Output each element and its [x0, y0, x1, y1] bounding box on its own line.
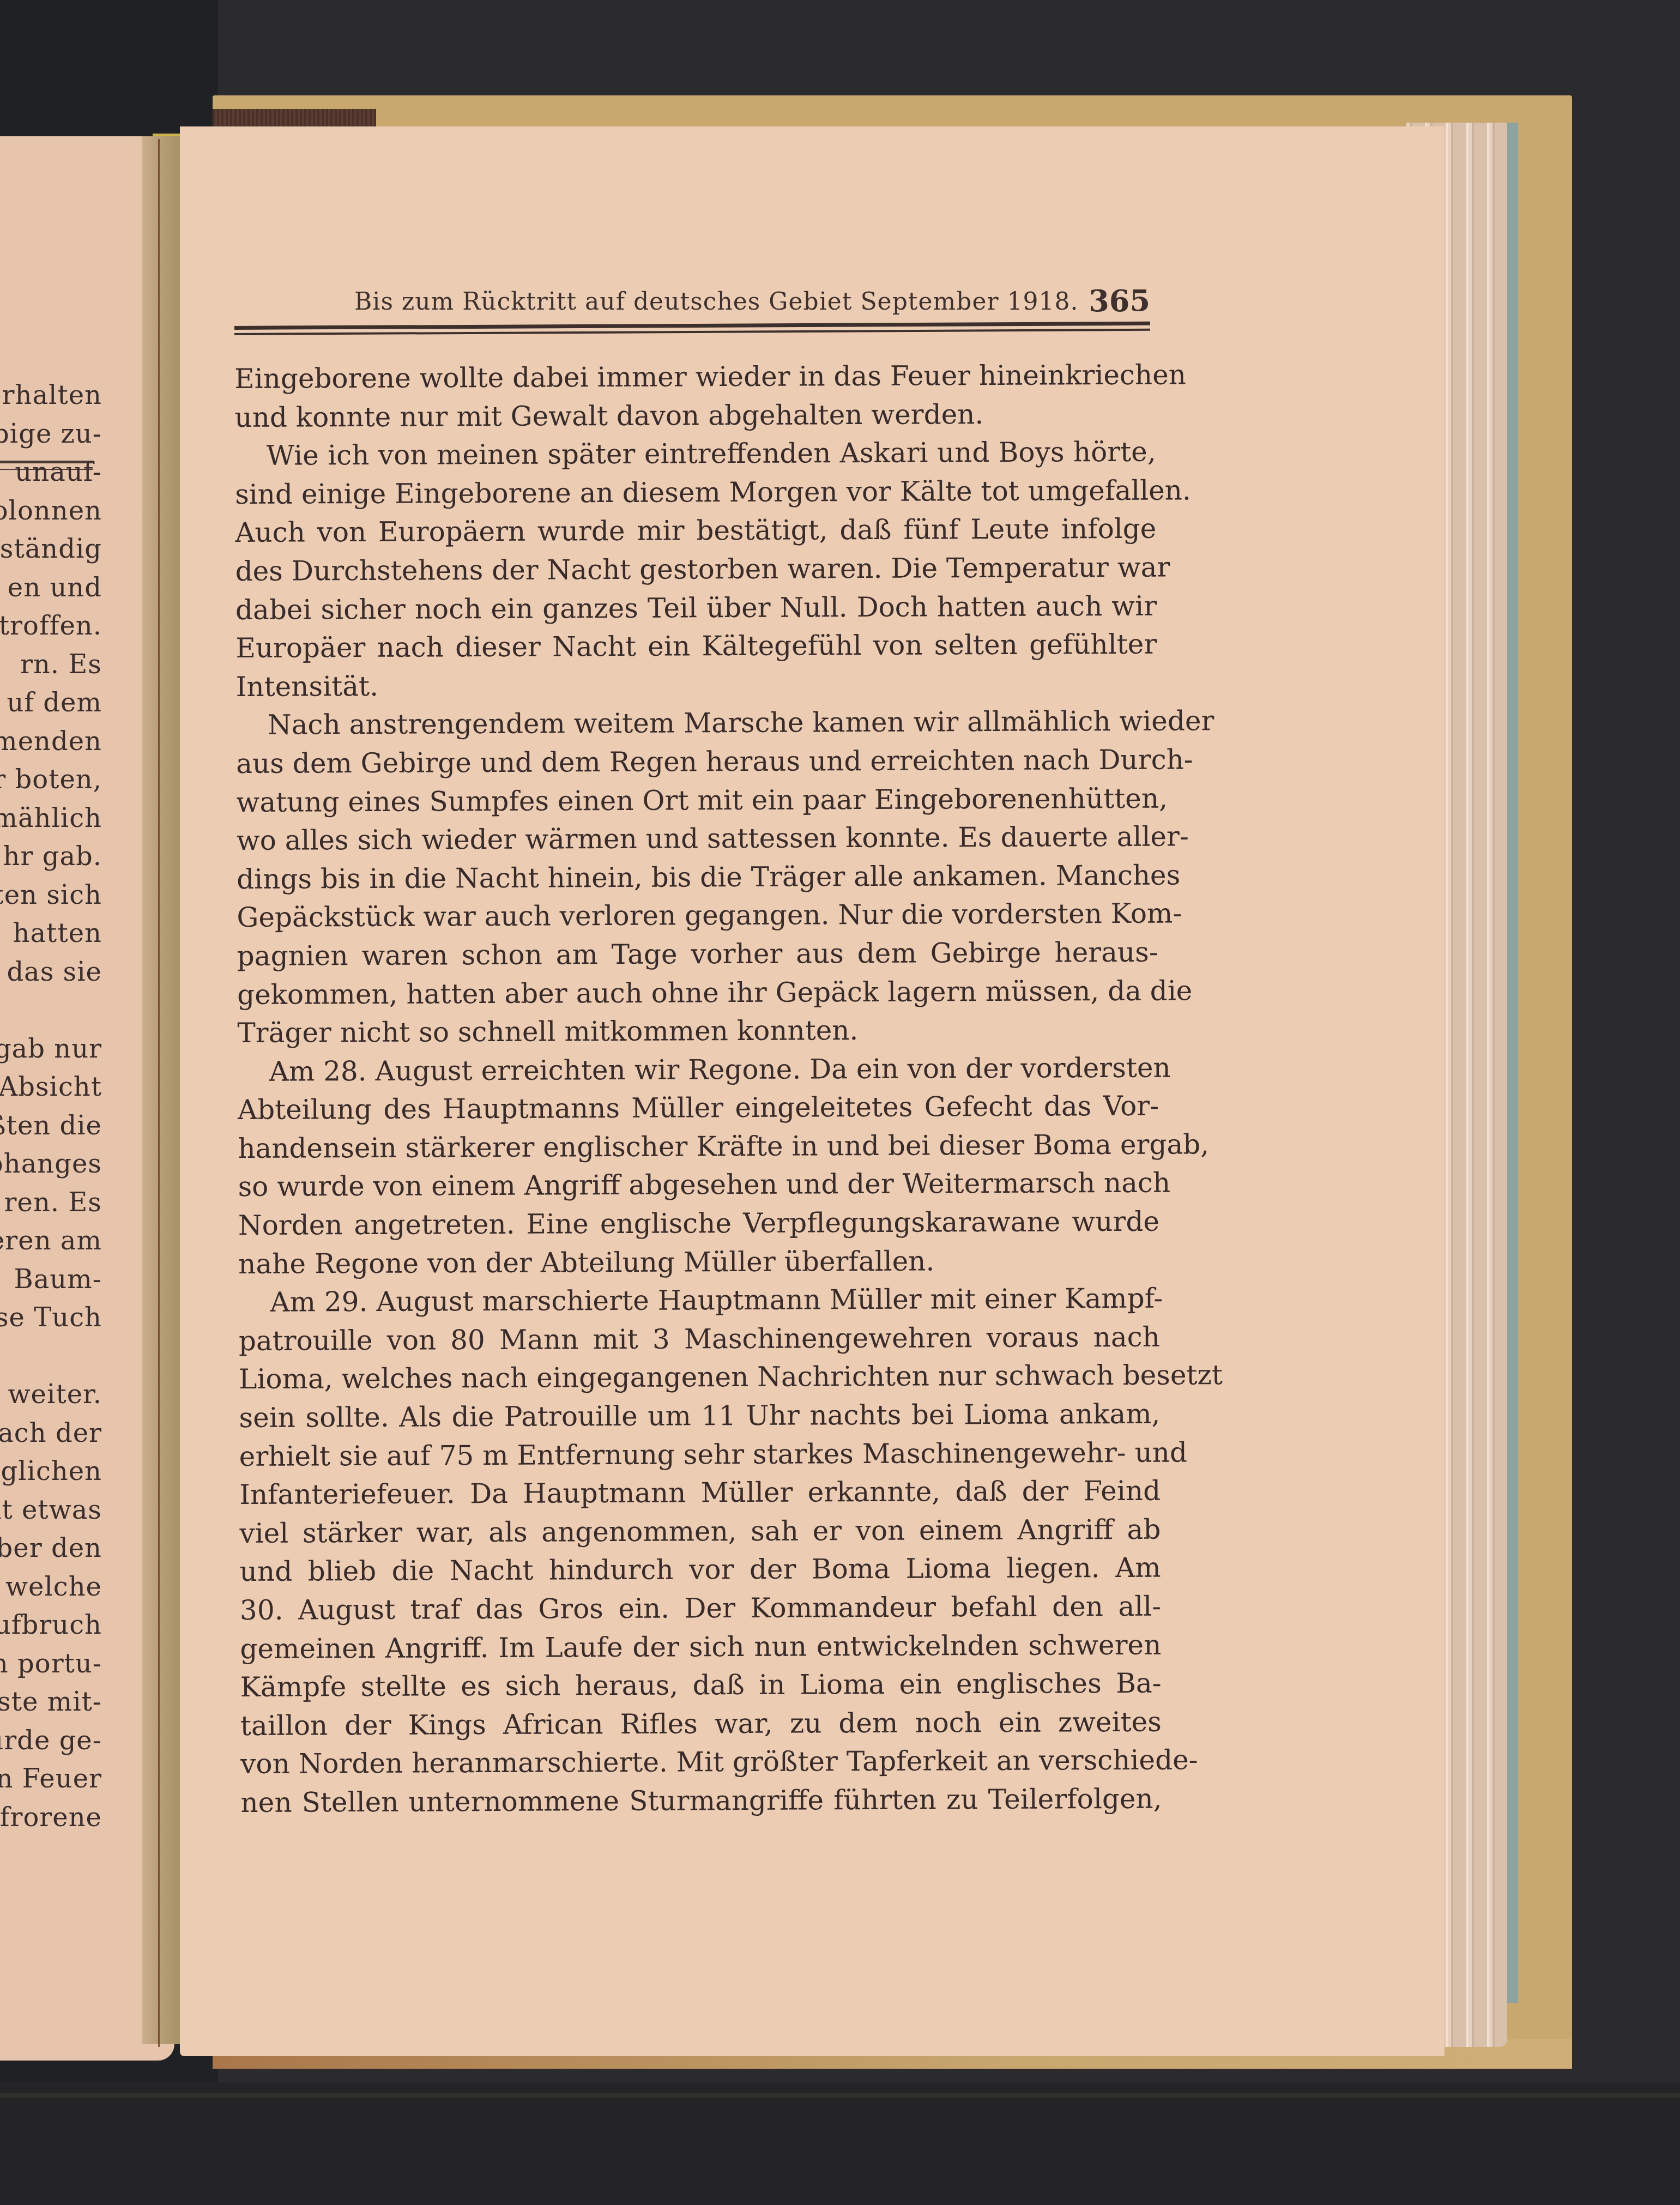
text-line: Gepäckstück war auch verloren gegangen. … [237, 895, 1158, 937]
left-text-line: r boten, [0, 760, 102, 799]
left-text-line: it etwas [0, 1491, 102, 1530]
left-text-line: hatten [0, 914, 102, 953]
gutter-crease [158, 139, 160, 2047]
text-line: aus dem Gebirge und dem Regen heraus und… [236, 741, 1157, 783]
text-line: nahe Regone von der Abteilung Müller übe… [238, 1241, 1159, 1283]
text-line: watung eines Sumpfes einen Ort mit ein p… [236, 779, 1157, 821]
body-text: Eingeborene wollte dabei immer wieder in… [234, 356, 1162, 1822]
text-line: von Norden heranmarschierte. Mit größter… [240, 1741, 1162, 1784]
left-text-line: bige zu- [0, 415, 102, 454]
text-line: Kämpfe stellte es sich heraus, daß in Li… [240, 1664, 1161, 1707]
left-text-line: ren. Es [0, 1183, 102, 1222]
left-text-line: menden [0, 722, 102, 761]
left-text-line: erfrorene [0, 1798, 102, 1837]
left-text-line: Aufbruch [0, 1606, 102, 1645]
text-line: gemeinen Angriff. Im Laufe der sich nun … [240, 1626, 1161, 1668]
left-text-line: hr gab. [0, 837, 102, 876]
left-text-line [0, 1337, 102, 1376]
left-text-line: bhanges [0, 1145, 102, 1183]
left-text-line: ßten die [0, 1107, 102, 1145]
left-text-line: erhalten [0, 376, 102, 415]
left-text-line: olonnen [0, 492, 102, 530]
text-line: so wurde von einem Angriff abgesehen und… [238, 1164, 1159, 1206]
book-gutter [142, 136, 180, 2044]
left-text-line: lmählich [0, 799, 102, 838]
text-line: gekommen, hatten aber auch ohne ihr Gepä… [237, 971, 1158, 1014]
left-text-line: uf dem [0, 684, 102, 722]
shelf-edge [0, 2093, 1680, 2098]
text-line: Lioma, welches nach eingegangenen Nachri… [239, 1356, 1160, 1399]
text-line: Auch von Europäern wurde mir bestätigt, … [235, 510, 1156, 552]
text-line: pagnien waren schon am Tage vorher aus d… [237, 933, 1158, 976]
text-line: und blieb die Nacht hindurch vor der Bom… [240, 1549, 1161, 1591]
text-line: viel stärker war, als angenommen, sah er… [239, 1510, 1161, 1552]
left-text-line: weiter. [0, 1375, 102, 1414]
left-text-line: rn. Es [0, 645, 102, 684]
page-number: 365 [1089, 283, 1150, 318]
left-text-line: erste mit- [0, 1683, 102, 1721]
background-shelf [0, 2082, 1680, 2205]
endpaper-strip [1507, 123, 1518, 2003]
text-line: Nach anstrengendem weitem Marsche kamen … [236, 702, 1157, 745]
text-line: taillon der Kings African Rifles war, zu… [240, 1702, 1162, 1745]
text-line: nen Stellen unternommene Sturmangriffe f… [240, 1780, 1162, 1822]
left-text-line: m portu- [0, 1645, 102, 1683]
text-line: sind einige Eingeborene an diesem Morgen… [235, 471, 1156, 514]
text-line: Europäer nach dieser Nacht ein Kältegefü… [235, 625, 1157, 668]
text-line: Abteilung des Hauptmanns Müller eingelei… [238, 1087, 1159, 1129]
left-text-line: en und [0, 569, 102, 607]
left-text-line: über den [0, 1529, 102, 1568]
text-line: Norden angetreten. Eine englische Verpfl… [238, 1203, 1159, 1245]
text-line: Intensität. [235, 663, 1157, 706]
left-text-line: nach der [0, 1414, 102, 1453]
text-line: Am 29. August marschierte Hauptmann Müll… [238, 1279, 1159, 1322]
left-text-line: das sie [0, 953, 102, 992]
left-text-line: lständig [0, 530, 102, 569]
text-line: des Durchstehens der Nacht gestorben war… [235, 548, 1157, 591]
text-line: Eingeborene wollte dabei immer wieder in… [234, 356, 1156, 398]
left-text-line: in Feuer [0, 1760, 102, 1798]
text-line: 30. August traf das Gros ein. Der Komman… [240, 1587, 1161, 1630]
left-text-line [0, 991, 102, 1030]
text-line: dabei sicher noch ein ganzes Teil über N… [235, 587, 1157, 629]
left-text-line: unauf- [0, 453, 102, 492]
text-line: dings bis in die Nacht hinein, bis die T… [237, 856, 1158, 898]
left-text-line: Baum- [0, 1260, 102, 1299]
text-line: wo alles sich wieder wärmen und sattesse… [237, 818, 1158, 860]
left-text-line: eren am [0, 1222, 102, 1260]
text-line: erhielt sie auf 75 m Entfernung sehr sta… [239, 1433, 1161, 1476]
left-text-line: , welche [0, 1568, 102, 1606]
text-line: Am 28. August erreichten wir Regone. Da … [238, 1048, 1159, 1091]
text-line: Träger nicht so schnell mitkommen konnte… [237, 1010, 1158, 1053]
left-page-text-fragment: erhaltenbige zu-unauf-olonnenlständigen … [0, 376, 102, 1837]
left-text-line: ten sich [0, 876, 102, 915]
text-line: und konnte nur mit Gewalt davon abgehalt… [234, 394, 1156, 437]
text-line: Wie ich von meinen später eintreffenden … [235, 433, 1156, 475]
text-line: handensein stärkerer englischer Kräfte i… [238, 1125, 1159, 1168]
text-line: Infanteriefeuer. Da Hauptmann Müller erk… [239, 1472, 1161, 1514]
left-text-line: e Absicht [0, 1068, 102, 1107]
left-text-line: säglichen [0, 1452, 102, 1491]
left-text-line: sse Tuch [0, 1298, 102, 1337]
text-line: patrouille von 80 Mann mit 3 Maschinenge… [239, 1318, 1160, 1360]
left-text-line: urde ge- [0, 1721, 102, 1760]
running-header-title: Bis zum Rücktritt auf deutsches Gebiet S… [354, 288, 1078, 316]
left-text-line: gab nur [0, 1030, 102, 1068]
text-line: sein sollte. Als die Patrouille um 11 Uh… [239, 1395, 1160, 1437]
left-text-line: troffen. [0, 607, 102, 645]
